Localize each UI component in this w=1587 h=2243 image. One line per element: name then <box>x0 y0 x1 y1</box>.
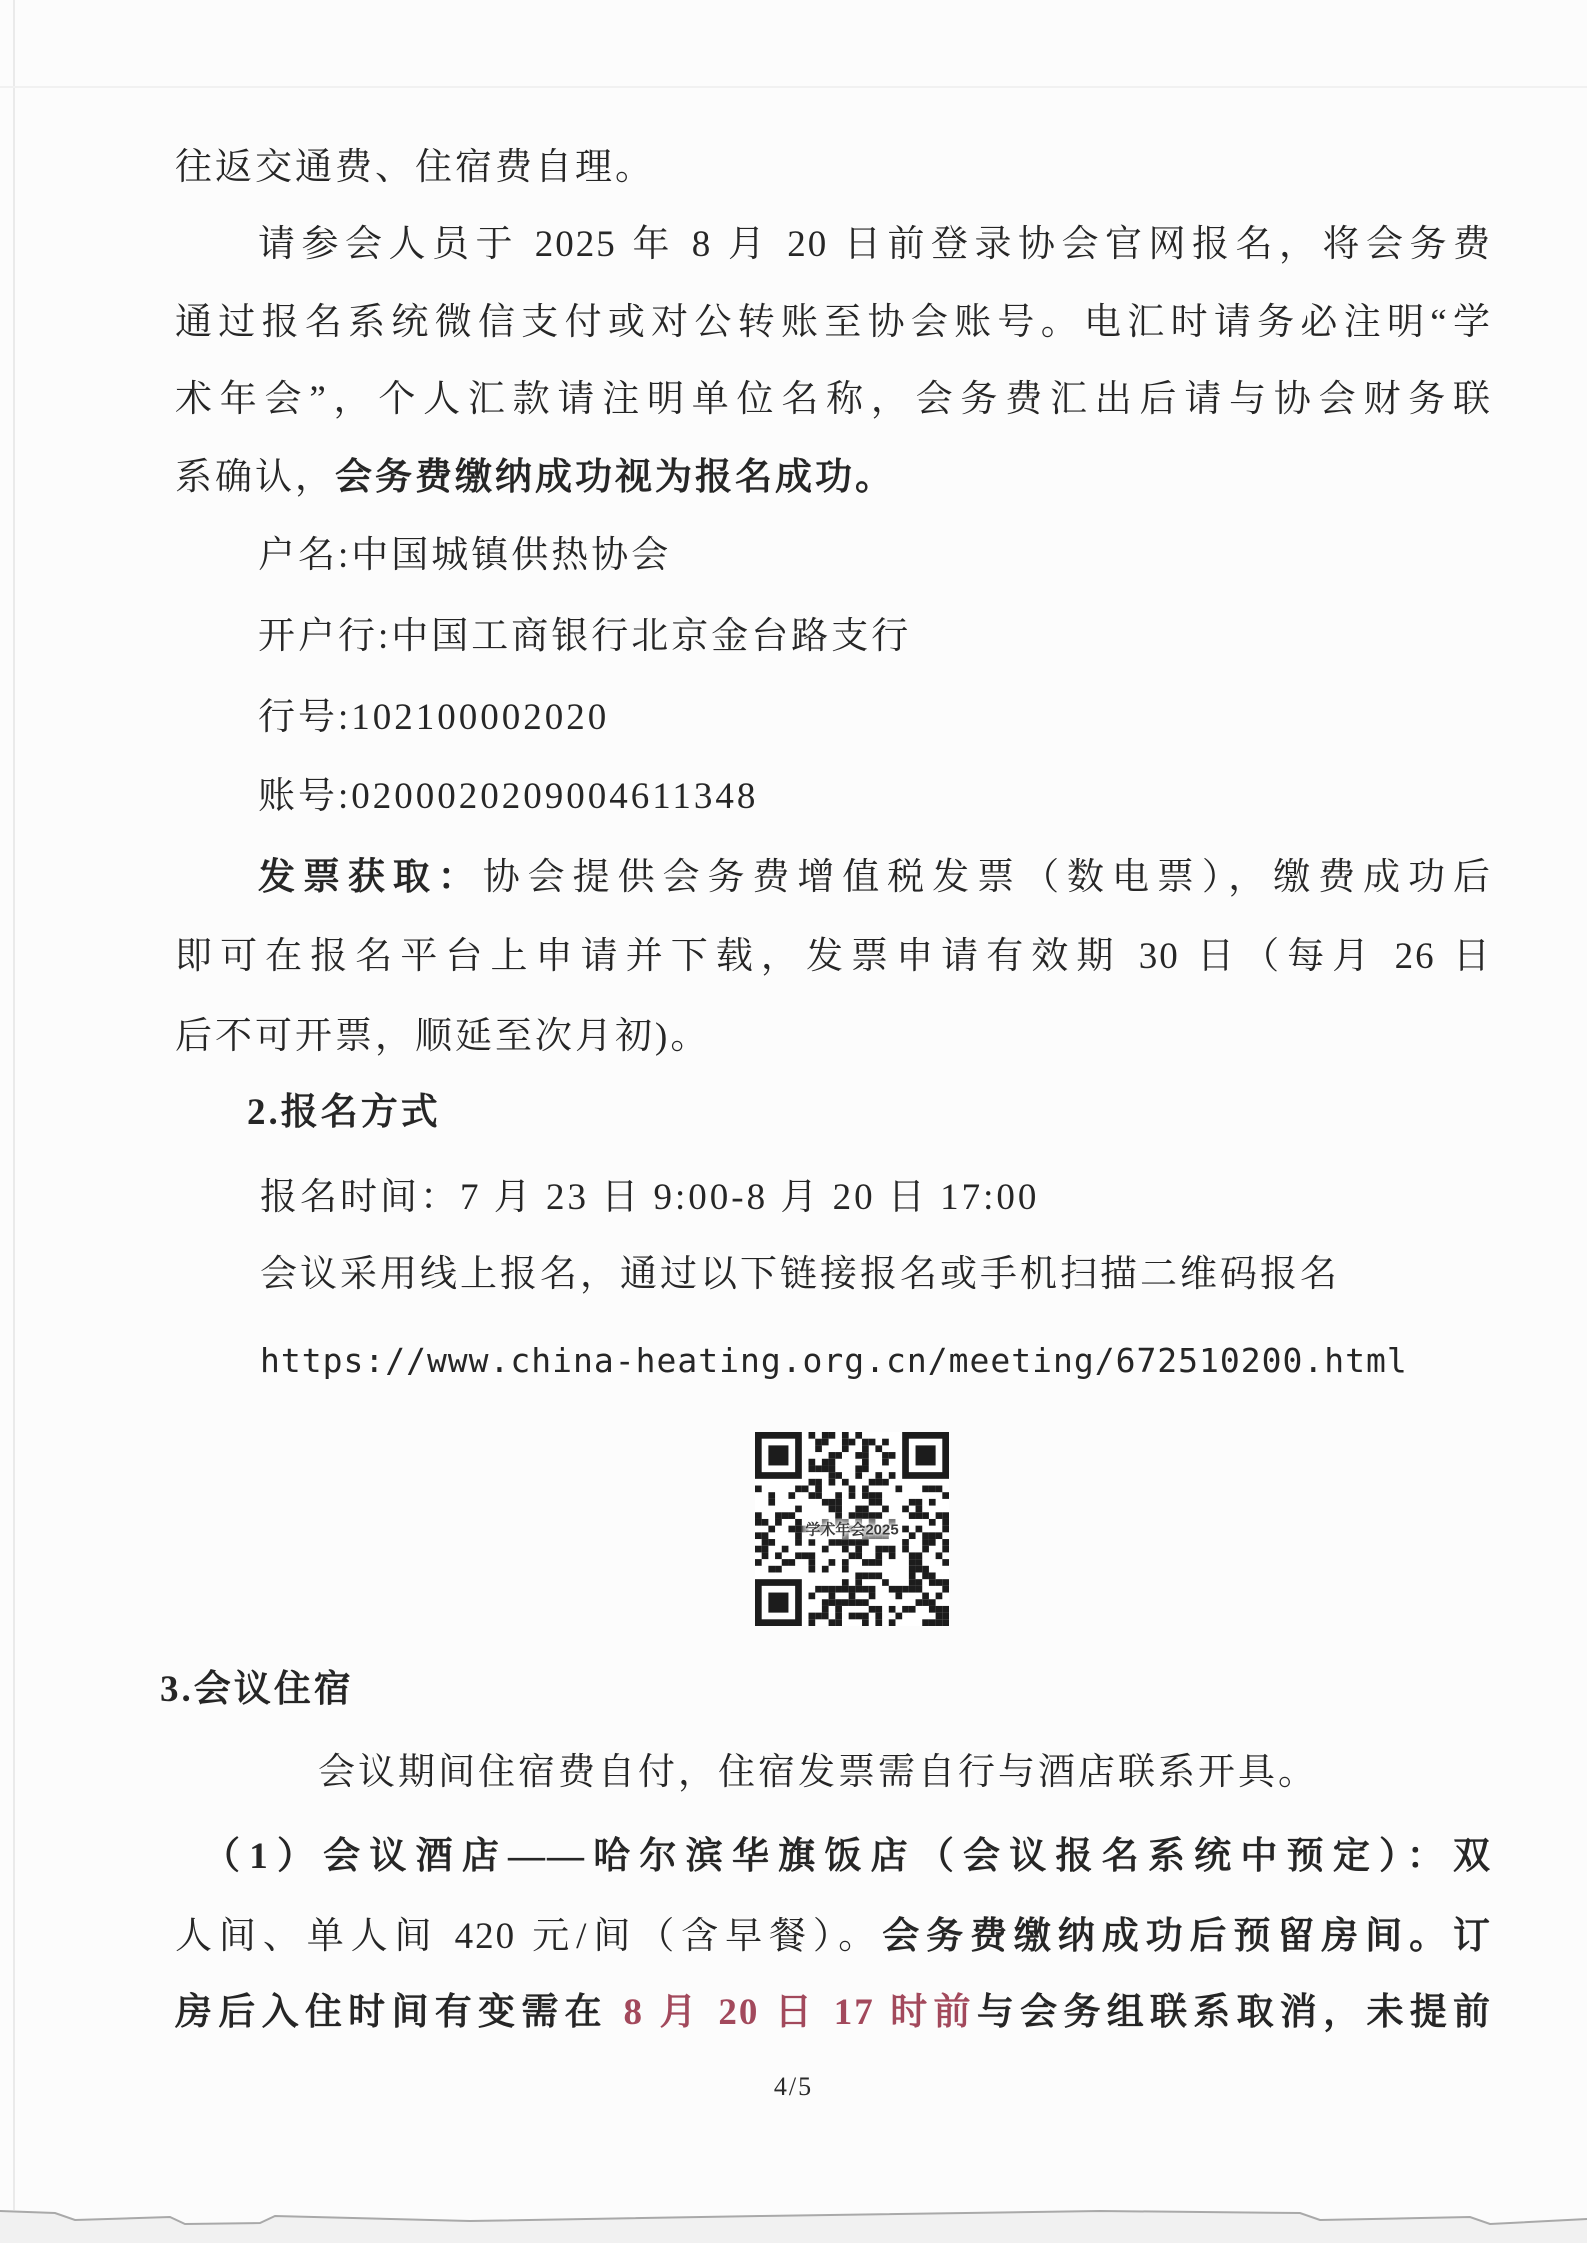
text-line: 即可在报名平台上申请并下载，发票申请有效期 30 日（每月 26 日 <box>175 934 1492 980</box>
text-segment: 会务费缴纳成功后预留房间。订 <box>882 1916 1492 1957</box>
text-segment: 开户行:中国工商银行北京金台路支行 <box>258 616 911 657</box>
bank-account-name-line: 户名:中国城镇供热协会 <box>258 533 671 579</box>
scan-artifact-vertical-line <box>13 0 15 2210</box>
text-line: 请参会人员于 2025 年 8 月 20 日前登录协会官网报名，将会务费 <box>258 222 1492 268</box>
text-segment: 户名:中国城镇供热协会 <box>258 535 671 576</box>
text-segment: 2.报名方式 <box>247 1092 441 1133</box>
account-number-line: 账号:0200020209004611348 <box>258 774 758 820</box>
text-segment: 人间、单人间 420 元/间（含早餐）。 <box>175 1916 882 1957</box>
text-segment: （1）会议酒店——哈尔滨华旗饭店（会议报名系统中预定）：双 <box>203 1836 1492 1877</box>
scan-artifact-horizontal-line <box>0 86 1587 88</box>
text-segment: 系确认， <box>175 457 335 498</box>
registration-time-line: 报名时间：7 月 23 日 9:00-8 月 20 日 17:00 <box>260 1175 1039 1221</box>
text-segment: 请参会人员于 2025 年 8 月 20 日前登录协会官网报名，将会务费 <box>258 224 1492 265</box>
section-heading-accommodation: 3.会议住宿 <box>160 1667 354 1713</box>
text-segment: 8 月 20 日 17 时前 <box>623 1992 976 2033</box>
qr-center-label: 学术年会2025 <box>802 1519 901 1540</box>
text-line: 术年会”，个人汇款请注明单位名称，会务费汇出后请与协会财务联 <box>175 377 1492 423</box>
text-line: 系确认，会务费缴纳成功视为报名成功。 <box>175 455 895 501</box>
text-segment: 术年会”，个人汇款请注明单位名称，会务费汇出后请与协会财务联 <box>175 379 1492 420</box>
text-line: 会议期间住宿费自付，住宿发票需自行与酒店联系开具。 <box>318 1750 1318 1796</box>
text-segment: 会议期间住宿费自付，住宿发票需自行与酒店联系开具。 <box>318 1752 1318 1793</box>
text-line: （1）会议酒店——哈尔滨华旗饭店（会议报名系统中预定）：双 <box>203 1834 1492 1880</box>
section-heading-registration: 2.报名方式 <box>247 1090 441 1136</box>
text-line: 后不可开票，顺延至次月初)。 <box>175 1014 710 1060</box>
text-segment: 往返交通费、住宿费自理。 <box>175 147 655 188</box>
text-segment: 账号:0200020209004611348 <box>258 776 758 817</box>
text-segment: https://www.china-heating.org.cn/meeting… <box>260 1341 1408 1380</box>
text-segment: 通过报名系统微信支付或对公转账至协会账号。电汇时请务必注明“学 <box>175 302 1492 343</box>
text-segment: 与会务组联系取消，未提前 <box>977 1992 1492 2033</box>
page-number: 4/5 <box>0 2072 1587 2102</box>
text-segment: 会务费缴纳成功视为报名成功。 <box>335 457 895 498</box>
text-line: 人间、单人间 420 元/间（含早餐）。会务费缴纳成功后预留房间。订 <box>175 1914 1492 1960</box>
text-segment: 行号:102100002020 <box>258 697 609 738</box>
scanned-document-page: 往返交通费、住宿费自理。请参会人员于 2025 年 8 月 20 日前登录协会官… <box>0 0 1587 2243</box>
text-segment: 报名时间：7 月 23 日 9:00-8 月 20 日 17:00 <box>260 1177 1039 1218</box>
registration-qr-code: 学术年会2025 <box>755 1432 949 1626</box>
text-segment: 即可在报名平台上申请并下载，发票申请有效期 30 日（每月 26 日 <box>175 936 1492 977</box>
bank-branch-line: 开户行:中国工商银行北京金台路支行 <box>258 614 911 660</box>
text-line: 往返交通费、住宿费自理。 <box>175 145 655 191</box>
text-line: 房后入住时间有变需在 8 月 20 日 17 时前与会务组联系取消，未提前 <box>175 1990 1492 2036</box>
text-line: 会议采用线上报名，通过以下链接报名或手机扫描二维码报名 <box>260 1252 1340 1298</box>
text-segment: 房后入住时间有变需在 <box>175 1992 623 2033</box>
text-segment: 3.会议住宿 <box>160 1669 354 1710</box>
registration-url-text: https://www.china-heating.org.cn/meeting… <box>260 1338 1408 1384</box>
text-segment: 后不可开票，顺延至次月初)。 <box>175 1016 710 1057</box>
text-segment: 发票获取： <box>258 857 483 898</box>
page-bottom-edge <box>0 2195 1587 2243</box>
text-segment: 协会提供会务费增值税发票（数电票），缴费成功后 <box>483 857 1492 898</box>
text-segment: 会议采用线上报名，通过以下链接报名或手机扫描二维码报名 <box>260 1254 1340 1295</box>
text-line: 通过报名系统微信支付或对公转账至协会账号。电汇时请务必注明“学 <box>175 300 1492 346</box>
bank-number-line: 行号:102100002020 <box>258 695 609 741</box>
text-line: 发票获取：协会提供会务费增值税发票（数电票），缴费成功后 <box>258 855 1492 901</box>
